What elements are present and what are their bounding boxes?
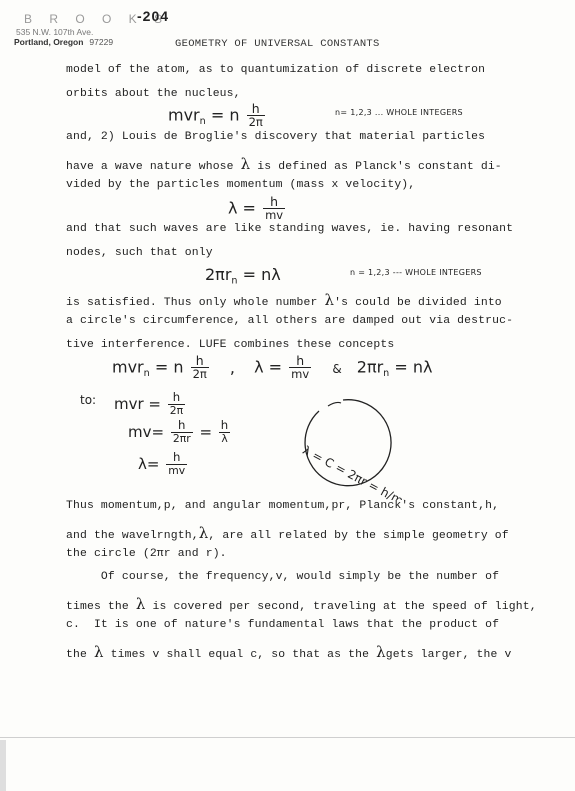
lambda-symbol: λ <box>94 643 104 661</box>
text-line: the circle (2πr and r). <box>66 548 227 560</box>
text-line: have a wave nature whose λ is defined as… <box>66 155 502 173</box>
text-line: model of the atom, as to quantumization … <box>66 64 485 76</box>
text-line: is satisfied. Thus only whole number λ's… <box>66 291 502 309</box>
text-line: and that such waves are like standing wa… <box>66 223 513 235</box>
circle-diagram: λ = C = 2πr = h/mv <box>295 385 425 500</box>
lambda-symbol: λ <box>136 595 146 613</box>
text-line: times the λ is covered per second, trave… <box>66 595 537 613</box>
text-line: orbits about the nucleus, <box>66 88 241 100</box>
letterhead-address: 535 N.W. 107th Ave. <box>16 27 93 37</box>
text-line: and the wavelrngth,λ, are all related by… <box>66 524 509 542</box>
lambda-symbol: λ <box>376 643 386 661</box>
text-line: vided by the particles momentum (mass x … <box>66 179 415 191</box>
text-line: nodes, such that only <box>66 247 213 259</box>
derivation-line-1: mvr = h2π <box>114 392 187 417</box>
equation-combined: mvrn = n h2π , λ = hmv & 2πrn = nλ <box>112 355 432 381</box>
text-line: Of course, the frequency,v, would simply… <box>66 571 499 583</box>
lambda-symbol: λ <box>199 524 209 542</box>
derivation-line-3: λ= hmv <box>138 452 189 477</box>
page-title: GEOMETRY OF UNIVERSAL CONSTANTS <box>175 38 380 50</box>
page-number: -204 <box>137 8 169 24</box>
scan-edge-line <box>0 737 575 738</box>
to-label: to: <box>80 393 96 407</box>
circle-label: λ = C = 2πr = h/mv <box>300 443 411 500</box>
equation-standing-wave: 2πrn = nλ <box>205 265 281 286</box>
note-whole-integers-2: n = 1,2,3 --- WHOLE INTEGERS <box>350 268 482 277</box>
derivation-line-2: mv= h2πr = hλ <box>128 420 232 445</box>
text-line: and, 2) Louis de Broglie's discovery tha… <box>66 131 485 143</box>
text-line: c. It is one of nature's fundamental law… <box>66 619 499 631</box>
letterhead-zip: 97229 <box>89 37 113 47</box>
lambda-symbol: λ <box>241 155 251 173</box>
document-page: B R O O K S -204 535 N.W. 107th Ave. Por… <box>0 0 575 791</box>
scan-edge-shadow <box>0 740 6 791</box>
note-whole-integers: n= 1,2,3 ... WHOLE INTEGERS <box>335 108 463 117</box>
text-line: Thus momentum,p, and angular momentum,pr… <box>66 500 499 512</box>
text-line: a circle's circumference, all others are… <box>66 315 513 327</box>
equation-quantization: mvrn = n h2π <box>168 103 267 129</box>
text-line: tive interference. LUFE combines these c… <box>66 339 394 351</box>
equation-de-broglie: λ = hmv <box>228 196 287 222</box>
letterhead-city: Portland, Oregon97229 <box>14 37 113 47</box>
lambda-symbol: λ <box>324 291 334 309</box>
text-line: the λ times v shall equal c, so that as … <box>66 643 511 661</box>
